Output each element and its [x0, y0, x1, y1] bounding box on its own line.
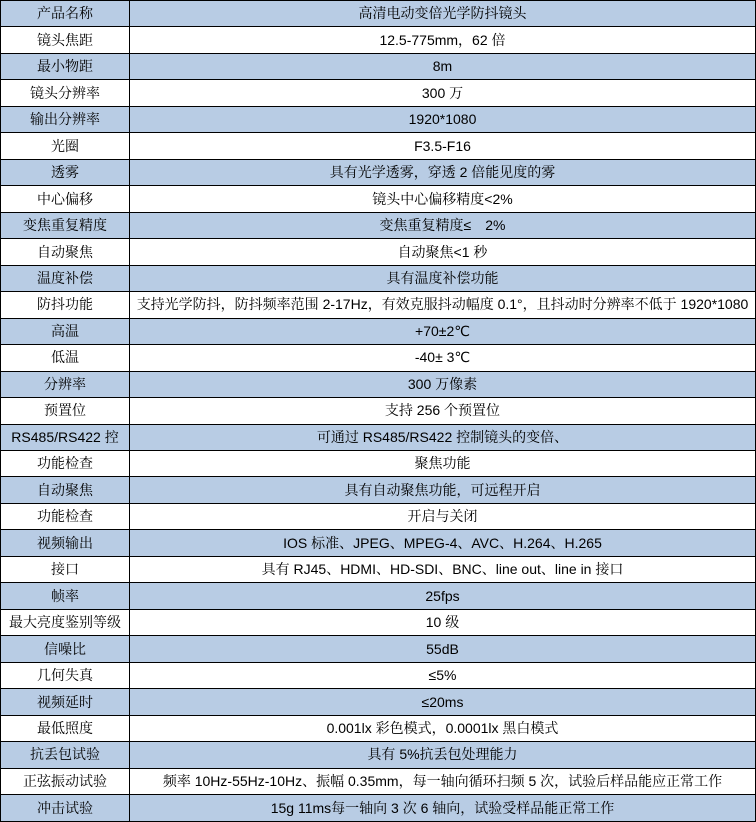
- spec-label: 视频延时: [1, 689, 130, 715]
- spec-label: 输出分辨率: [1, 106, 130, 132]
- table-row: 接口具有 RJ45、HDMI、HD-SDI、BNC、line out、line …: [1, 556, 756, 582]
- table-row: 功能检查开启与关闭: [1, 503, 756, 529]
- table-row: 透雾具有光学透雾，穿透 2 倍能见度的雾: [1, 159, 756, 185]
- table-row: 分辨率300 万像素: [1, 371, 756, 397]
- table-row: 变焦重复精度变焦重复精度≤ 2%: [1, 212, 756, 238]
- table-row: 最大亮度鉴别等级10 级: [1, 609, 756, 635]
- spec-label: 最小物距: [1, 53, 130, 79]
- spec-label: 变焦重复精度: [1, 212, 130, 238]
- table-row: 几何失真≤5%: [1, 662, 756, 688]
- table-row: 帧率25fps: [1, 583, 756, 609]
- spec-value: ≤20ms: [130, 689, 756, 715]
- spec-value: 1920*1080: [130, 106, 756, 132]
- table-row: 最小物距8m: [1, 53, 756, 79]
- spec-label: 光圈: [1, 133, 130, 159]
- spec-value: 支持光学防抖，防抖频率范围 2-17Hz，有效克服抖动幅度 0.1°，且抖动时分…: [130, 292, 756, 318]
- spec-label: 几何失真: [1, 662, 130, 688]
- table-row: 视频输出IOS 标准、JPEG、MPEG-4、AVC、H.264、H.265: [1, 530, 756, 556]
- spec-value: 具有自动聚焦功能，可远程开启: [130, 477, 756, 503]
- spec-value: ≤5%: [130, 662, 756, 688]
- table-row: 预置位支持 256 个预置位: [1, 398, 756, 424]
- spec-label: 镜头焦距: [1, 27, 130, 53]
- spec-value: 高清电动变倍光学防抖镜头: [130, 1, 756, 27]
- spec-value: 镜头中心偏移精度<2%: [130, 186, 756, 212]
- spec-label: 功能检查: [1, 503, 130, 529]
- spec-value: 0.001lx 彩色模式，0.0001lx 黑白模式: [130, 715, 756, 741]
- table-row: 正弦振动试验频率 10Hz-55Hz-10Hz、振幅 0.35mm，每一轴向循环…: [1, 768, 756, 794]
- table-row: 自动聚焦自动聚焦<1 秒: [1, 239, 756, 265]
- spec-value: 可通过 RS485/RS422 控制镜头的变倍、: [130, 424, 756, 450]
- spec-value: 支持 256 个预置位: [130, 398, 756, 424]
- spec-value: 25fps: [130, 583, 756, 609]
- table-row: 防抖功能支持光学防抖，防抖频率范围 2-17Hz，有效克服抖动幅度 0.1°，且…: [1, 292, 756, 318]
- table-row: 信噪比55dB: [1, 636, 756, 662]
- spec-value: 具有温度补偿功能: [130, 265, 756, 291]
- table-row: 镜头焦距12.5-775mm，62 倍: [1, 27, 756, 53]
- spec-label: 透雾: [1, 159, 130, 185]
- spec-value: 8m: [130, 53, 756, 79]
- spec-value: 300 万像素: [130, 371, 756, 397]
- table-row: 产品名称高清电动变倍光学防抖镜头: [1, 1, 756, 27]
- table-row: 冲击试验15g 11ms每一轴向 3 次 6 轴向，试验受样品能正常工作: [1, 795, 756, 822]
- table-row: 温度补偿具有温度补偿功能: [1, 265, 756, 291]
- spec-label: 最低照度: [1, 715, 130, 741]
- spec-value: 15g 11ms每一轴向 3 次 6 轴向，试验受样品能正常工作: [130, 795, 756, 822]
- spec-label: 功能检查: [1, 450, 130, 476]
- spec-label: 防抖功能: [1, 292, 130, 318]
- spec-label: 自动聚焦: [1, 477, 130, 503]
- spec-value: 具有 RJ45、HDMI、HD-SDI、BNC、line out、line in…: [130, 556, 756, 582]
- spec-value: 12.5-775mm，62 倍: [130, 27, 756, 53]
- table-row: 功能检查聚焦功能: [1, 450, 756, 476]
- table-row: 高温+70±2℃: [1, 318, 756, 344]
- spec-value: 聚焦功能: [130, 450, 756, 476]
- table-row: RS485/RS422 控可通过 RS485/RS422 控制镜头的变倍、: [1, 424, 756, 450]
- table-row: 光圈F3.5-F16: [1, 133, 756, 159]
- spec-table-body: 产品名称高清电动变倍光学防抖镜头镜头焦距12.5-775mm，62 倍最小物距8…: [1, 1, 756, 822]
- spec-value: 10 级: [130, 609, 756, 635]
- table-row: 中心偏移镜头中心偏移精度<2%: [1, 186, 756, 212]
- spec-value: 55dB: [130, 636, 756, 662]
- table-row: 自动聚焦具有自动聚焦功能，可远程开启: [1, 477, 756, 503]
- spec-value: 300 万: [130, 80, 756, 106]
- spec-value: 开启与关闭: [130, 503, 756, 529]
- spec-label: 中心偏移: [1, 186, 130, 212]
- spec-label: 温度补偿: [1, 265, 130, 291]
- spec-value: +70±2℃: [130, 318, 756, 344]
- spec-label: 最大亮度鉴别等级: [1, 609, 130, 635]
- spec-value: 具有光学透雾，穿透 2 倍能见度的雾: [130, 159, 756, 185]
- spec-label: 低温: [1, 345, 130, 371]
- table-row: 输出分辨率1920*1080: [1, 106, 756, 132]
- table-row: 视频延时≤20ms: [1, 689, 756, 715]
- spec-label: 视频输出: [1, 530, 130, 556]
- spec-value: 自动聚焦<1 秒: [130, 239, 756, 265]
- spec-label: 正弦振动试验: [1, 768, 130, 794]
- table-row: 低温-40± 3℃: [1, 345, 756, 371]
- spec-label: 产品名称: [1, 1, 130, 27]
- spec-label: 分辨率: [1, 371, 130, 397]
- spec-value: 频率 10Hz-55Hz-10Hz、振幅 0.35mm，每一轴向循环扫频 5 次…: [130, 768, 756, 794]
- spec-label: 接口: [1, 556, 130, 582]
- spec-label: 高温: [1, 318, 130, 344]
- table-row: 最低照度0.001lx 彩色模式，0.0001lx 黑白模式: [1, 715, 756, 741]
- product-spec-table: 产品名称高清电动变倍光学防抖镜头镜头焦距12.5-775mm，62 倍最小物距8…: [0, 0, 756, 822]
- spec-value: F3.5-F16: [130, 133, 756, 159]
- spec-label: RS485/RS422 控: [1, 424, 130, 450]
- spec-value: IOS 标准、JPEG、MPEG-4、AVC、H.264、H.265: [130, 530, 756, 556]
- spec-value: 变焦重复精度≤ 2%: [130, 212, 756, 238]
- spec-label: 预置位: [1, 398, 130, 424]
- spec-label: 帧率: [1, 583, 130, 609]
- table-row: 镜头分辨率300 万: [1, 80, 756, 106]
- spec-value: -40± 3℃: [130, 345, 756, 371]
- spec-label: 自动聚焦: [1, 239, 130, 265]
- spec-label: 抗丢包试验: [1, 742, 130, 768]
- spec-value: 具有 5%抗丢包处理能力: [130, 742, 756, 768]
- table-row: 抗丢包试验具有 5%抗丢包处理能力: [1, 742, 756, 768]
- spec-label: 信噪比: [1, 636, 130, 662]
- spec-label: 冲击试验: [1, 795, 130, 822]
- spec-label: 镜头分辨率: [1, 80, 130, 106]
